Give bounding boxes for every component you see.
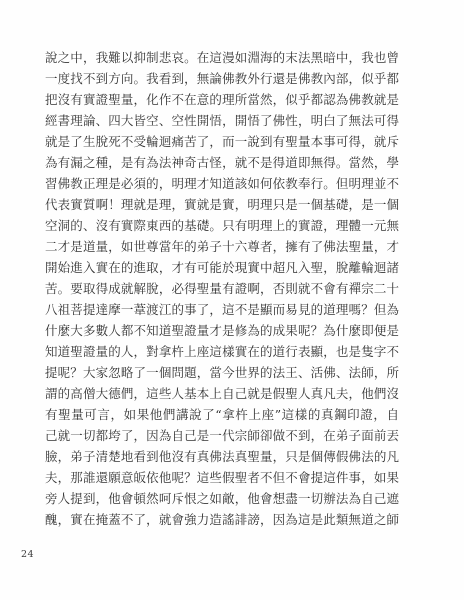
text-line: 開始進入實在的進取，才有可能於現實中超凡入聖，脫離輪迴諸 (45, 257, 399, 278)
text-line: 臉，弟子清楚地看到他沒有真佛法真聖量，只是個傳假佛法的凡 (45, 446, 399, 467)
text-line: 謂的高僧大德們，這些人基本上自己就是假聖人真凡夫，他們沒 (45, 383, 399, 404)
text-line: 習佛教正理是必須的，明理才知道該如何依教奉行。但明理並不 (45, 173, 399, 194)
text-line: 己就一切都垮了，因為自己是一代宗師卻做不到，在弟子面前丟 (45, 425, 399, 446)
text-line: 就是了生脫死不受輪迴痛苦了，而一說到有聖量本事可得，就斥 (45, 131, 399, 152)
text-line: 苦。要取得成就解脫，必得聖量有證啊，否則就不會有禪宗二十 (45, 278, 399, 299)
text-line: 空洞的、沒有實際東西的基礎。只有明理上的實證，理體一元無 (45, 215, 399, 236)
text-line: 夫，那誰還願意皈依他呢？這些假聖者不但不會提這件事，如果 (45, 467, 399, 488)
page-number: 24 (21, 549, 34, 560)
document-page: 說之中，我難以抑制悲哀。在這漫如淵海的末法黑暗中，我也曾 一度找不到方向。我看到… (0, 0, 464, 600)
text-line: 經書理論、四大皆空、空性開悟，開悟了佛性，明白了無法可得 (45, 110, 399, 131)
text-line: 二才是道量，如世尊當年的弟子十六尊者，擁有了佛法聖量，才 (45, 236, 399, 257)
text-line: 提呢？大家忽略了一個問題，當今世界的法王、活佛、法師，所 (45, 362, 399, 383)
page-text: 說之中，我難以抑制悲哀。在這漫如淵海的末法黑暗中，我也曾 一度找不到方向。我看到… (45, 47, 399, 530)
text-line: 旁人提到，他會頓然呵斥恨之如敵，他會想盡一切辦法為自己遮 (45, 488, 399, 509)
text-line: 代表實質啊！理就是理，實就是實，明理只是一個基礎，是一個 (45, 194, 399, 215)
text-line: 一度找不到方向。我看到，無論佛教外行還是佛教內部，似乎都 (45, 68, 399, 89)
text-line: 知道聖證量的人，對拿杵上座這樣實在的道行表顯，也是隻字不 (45, 341, 399, 362)
text-line: 把沒有實證聖量，化作不在意的理所當然，似乎都認為佛教就是 (45, 89, 399, 110)
text-line: 說之中，我難以抑制悲哀。在這漫如淵海的末法黑暗中，我也曾 (45, 47, 399, 68)
text-line: 有聖量可言，如果他們講說了“拿杵上座”這樣的真鋼印證，自 (45, 404, 399, 425)
text-line: 為有漏之種，是有為法神奇古怪，就不是得道即無得。當然，學 (45, 152, 399, 173)
text-line: 八祖菩提達摩一葦渡江的事了，這不是顯而易見的道理嗎？但為 (45, 299, 399, 320)
text-line: 醜，實在掩蓋不了，就會強力造謠誹謗，因為這是此類無道之師 (45, 509, 399, 530)
text-line: 什麼大多數人都不知道聖證量才是修為的成果呢？為什麼即便是 (45, 320, 399, 341)
